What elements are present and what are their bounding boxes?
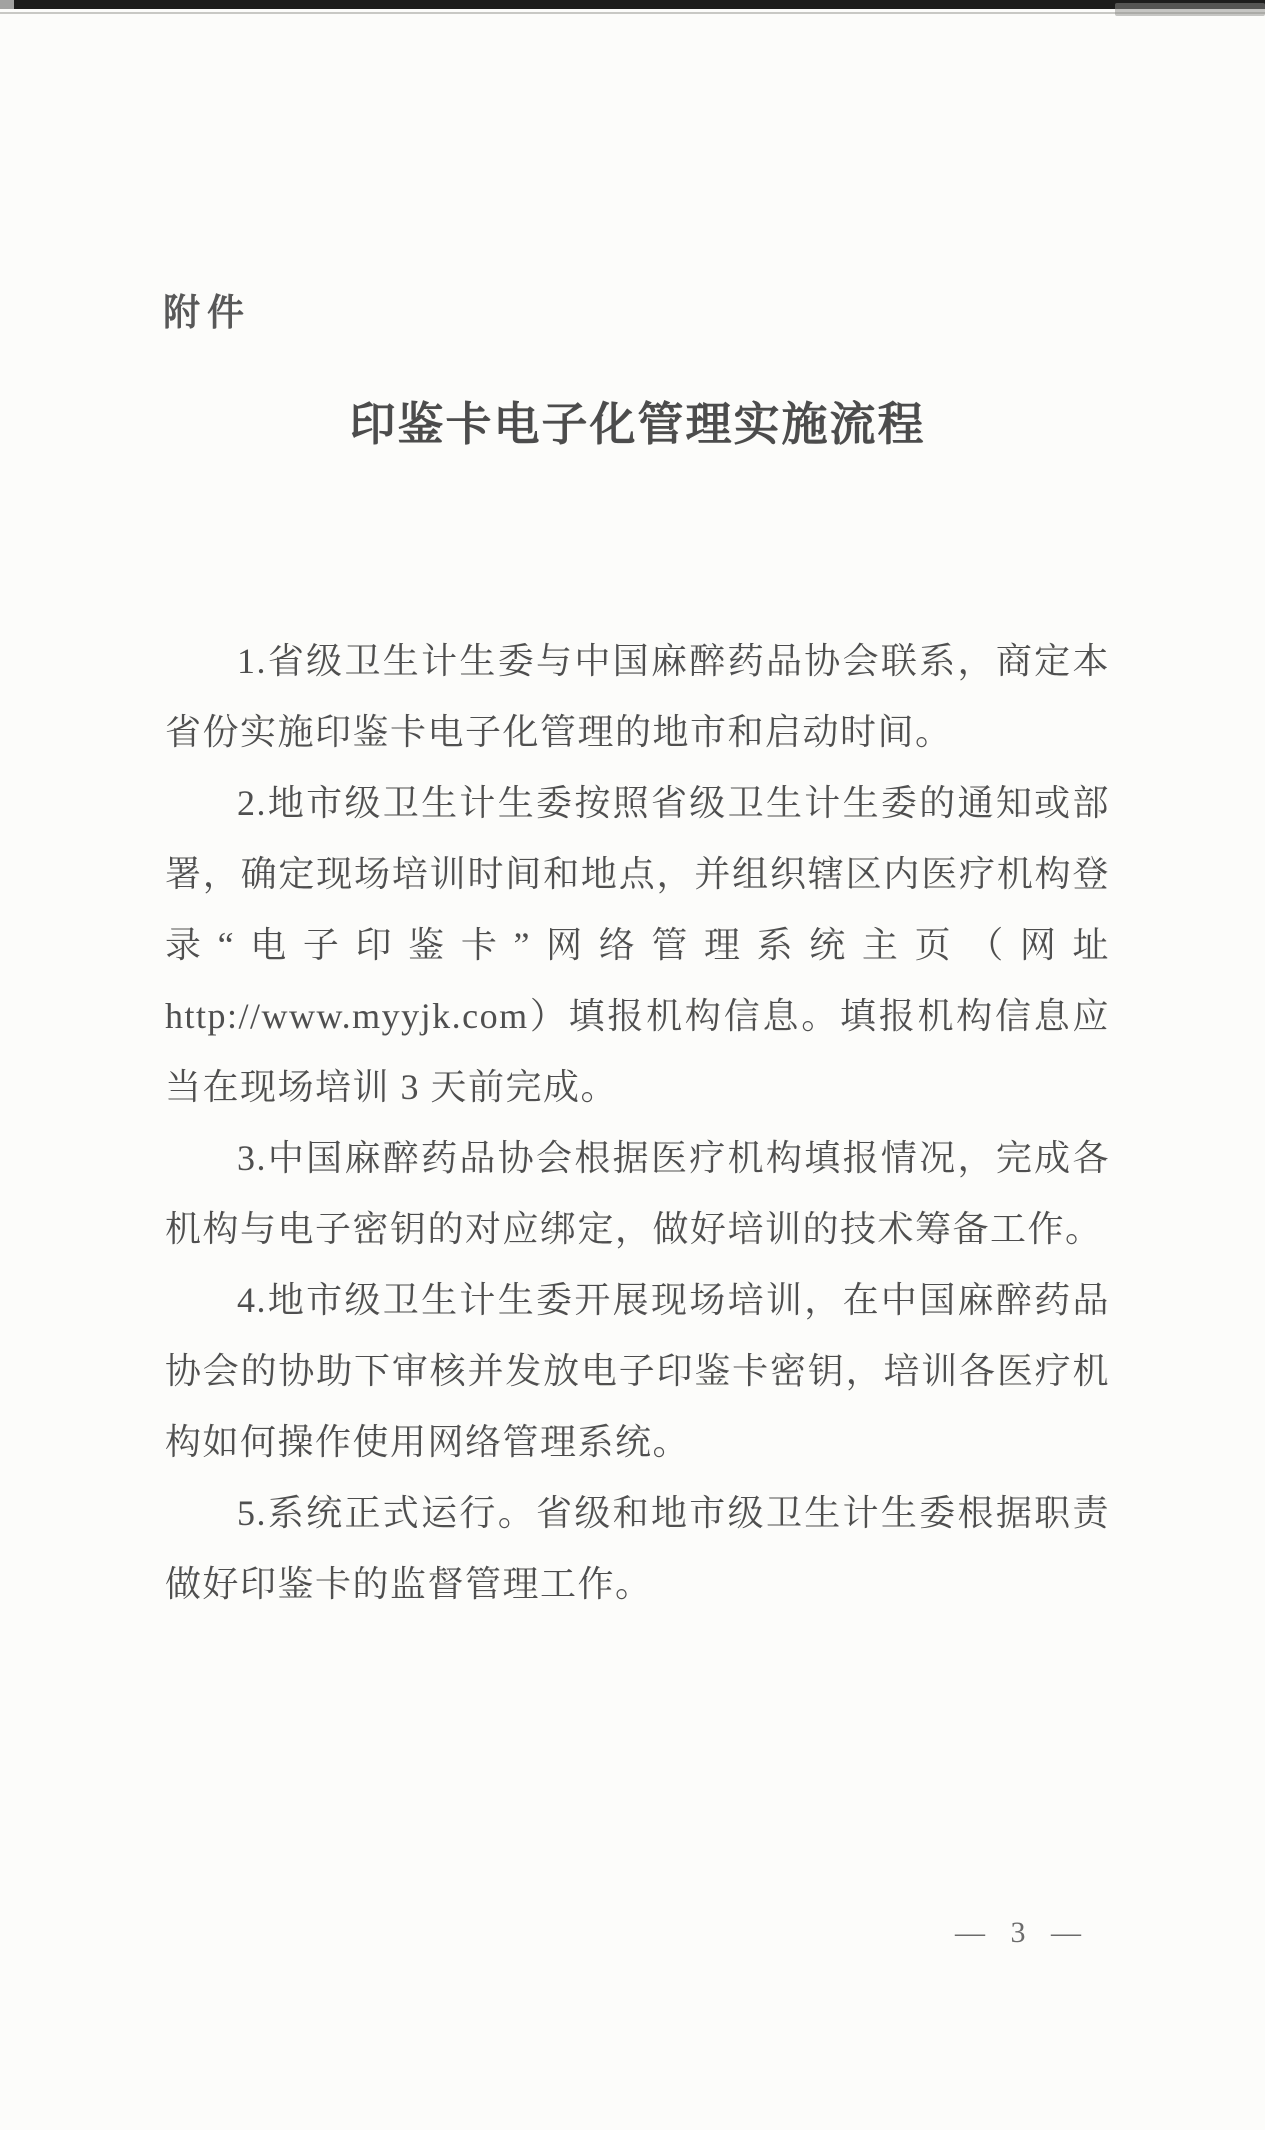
paragraph-3: 3.中国麻醉药品协会根据医疗机构填报情况，完成各机构与电子密钥的对应绑定，做好培… [165, 1123, 1110, 1265]
scan-smudge-artifact [1115, 3, 1265, 16]
scan-line-artifact [0, 12, 1265, 14]
attachment-label: 附件 [163, 282, 251, 336]
page-number: — 3 — [918, 1916, 1118, 1950]
paragraph-4: 4.地市级卫生计生委开展现场培训，在中国麻醉药品协会的协助下审核并发放电子印鉴卡… [165, 1265, 1110, 1478]
document-title: 印鉴卡电子化管理实施流程 [165, 388, 1110, 454]
scan-edge-notch [0, 0, 14, 9]
paragraph-2: 2.地市级卫生计生委按照省级卫生计生委的通知或部署，确定现场培训时间和地点，并组… [165, 768, 1110, 1123]
paragraph-1: 1.省级卫生计生委与中国麻醉药品协会联系，商定本省份实施印鉴卡电子化管理的地市和… [165, 626, 1110, 768]
document-body: 1.省级卫生计生委与中国麻醉药品协会联系，商定本省份实施印鉴卡电子化管理的地市和… [165, 626, 1110, 1620]
paragraph-5: 5.系统正式运行。省级和地市级卫生计生委根据职责做好印鉴卡的监督管理工作。 [165, 1478, 1110, 1620]
scanned-page: 附件 印鉴卡电子化管理实施流程 1.省级卫生计生委与中国麻醉药品协会联系，商定本… [0, 0, 1265, 2130]
scan-edge-artifact [0, 0, 1265, 9]
